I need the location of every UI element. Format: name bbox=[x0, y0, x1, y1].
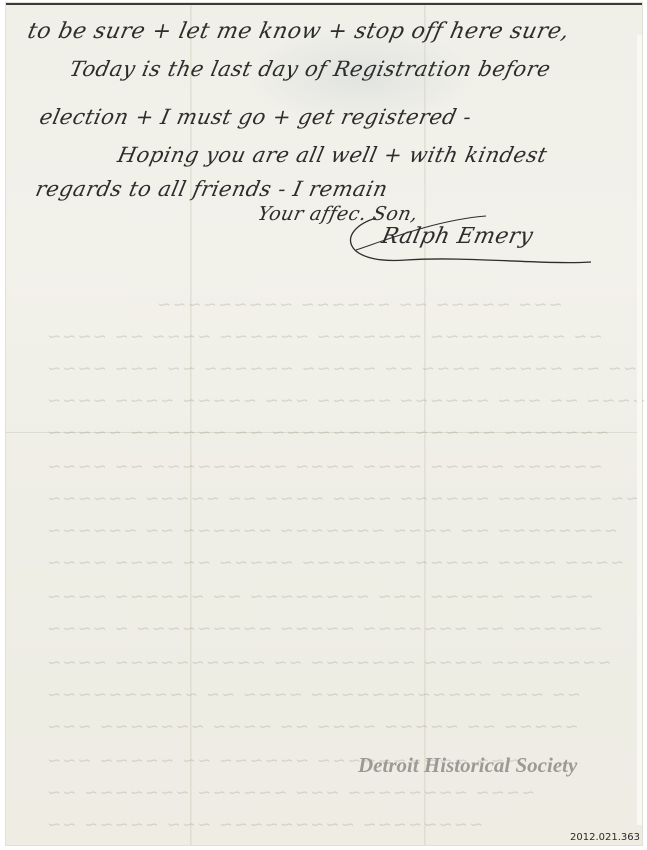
letter-line-2: Today is the last day of Registration be… bbox=[67, 57, 553, 81]
bleed-through-line: ~~ ~~~ ~~~~~~~~~~~~ ~~~~ ~~ ~~~~~~~~~~ bbox=[44, 685, 583, 705]
bleed-through-line: ~~~~ ~~~~~~~~ ~~~ ~~~~~~ ~~~~~~~ ~~ bbox=[44, 783, 538, 803]
bleed-through-line: ~~~~~~~~ ~~~~~~~~~ ~~~ ~~~~~ ~~ bbox=[44, 815, 485, 835]
bleed-through-line: ~~~~~ ~~ ~~~ ~~~~~~ ~~~~~ ~~~ ~~~~~ ~~~~… bbox=[44, 391, 647, 411]
bleed-through-line: ~~~ ~~~~~ ~~ ~~~~~~ ~~~~~~~~~ bbox=[154, 295, 565, 315]
bleed-through-line: ~~~~~~~~ ~~~~ ~~~~~~~ ~~ ~~~~~~~~~~ ~~~~ bbox=[44, 653, 614, 673]
signature: Ralph Emery bbox=[346, 210, 596, 270]
bleed-through-line: ~~~ ~~ ~~~~~ ~~~ ~~~~~~~~ ~~ ~~~~~~ ~~~~ bbox=[44, 587, 596, 607]
bleed-through-line: ~~ ~~ ~~~~~ ~~~~ ~~ ~~~~~ ~~~~~~ ~~ ~~~ … bbox=[44, 359, 639, 379]
bleed-through-line: ~~ ~~~~~~~~~ ~~~~~~~ ~~~~~~ ~~~~ ~~ ~~~~ bbox=[44, 327, 605, 347]
bleed-through-line: ~~~~~~ ~~~~~ ~~~~ ~~~~ ~~~~~~~~~ ~~ ~~~~ bbox=[44, 457, 605, 477]
bleed-through-line: ~~ ~~~~~~~ ~~~~~~ ~~~~ ~~~~ ~~ ~~~~~ ~~~… bbox=[44, 489, 642, 509]
accession-number: 2012.021.363 bbox=[570, 832, 640, 843]
bleed-through-line: ~~~~~~ ~~ ~~~~~~~ ~~~~~ ~~~~~~~~~ ~ ~~~~ bbox=[44, 619, 605, 639]
letter-line-1: to be sure + let me know + stop off here… bbox=[25, 19, 571, 44]
bleed-through-line: ~~~~ ~~~~ ~~~~~ ~~~~~~~ ~~~~~ ~~ ~~~~ ~~… bbox=[44, 553, 627, 573]
bleed-through-line: ~~~~~~~ ~~ ~~~ ~~~~~~~~~ ~~ ~~~~ ~~ ~~~~… bbox=[44, 423, 611, 443]
paper-edge bbox=[637, 35, 642, 825]
letter-line-3: election + I must go + get registered - bbox=[37, 105, 473, 129]
bleed-through-line: ~~~~~~~~ ~~ ~~~~ ~~~~~~~ ~~~~~~ ~~ ~~~~~… bbox=[44, 521, 620, 541]
letter-line-5: regards to all friends - I remain bbox=[33, 177, 390, 201]
letter-page: ~~~ ~~~~~ ~~ ~~~~~~ ~~~~~~~~~ ~~ ~~~~~~~… bbox=[6, 3, 642, 845]
signature-name: Ralph Emery bbox=[379, 224, 535, 249]
watermark: Detroit Historical Society bbox=[358, 753, 577, 778]
bleed-through-line: ~~~~~ ~~ ~~~~~ ~~~~ ~~ ~~~~ ~~~~~~~ ~~~ bbox=[44, 717, 581, 737]
letter-line-4: Hoping you are all well + with kindest bbox=[115, 143, 549, 167]
